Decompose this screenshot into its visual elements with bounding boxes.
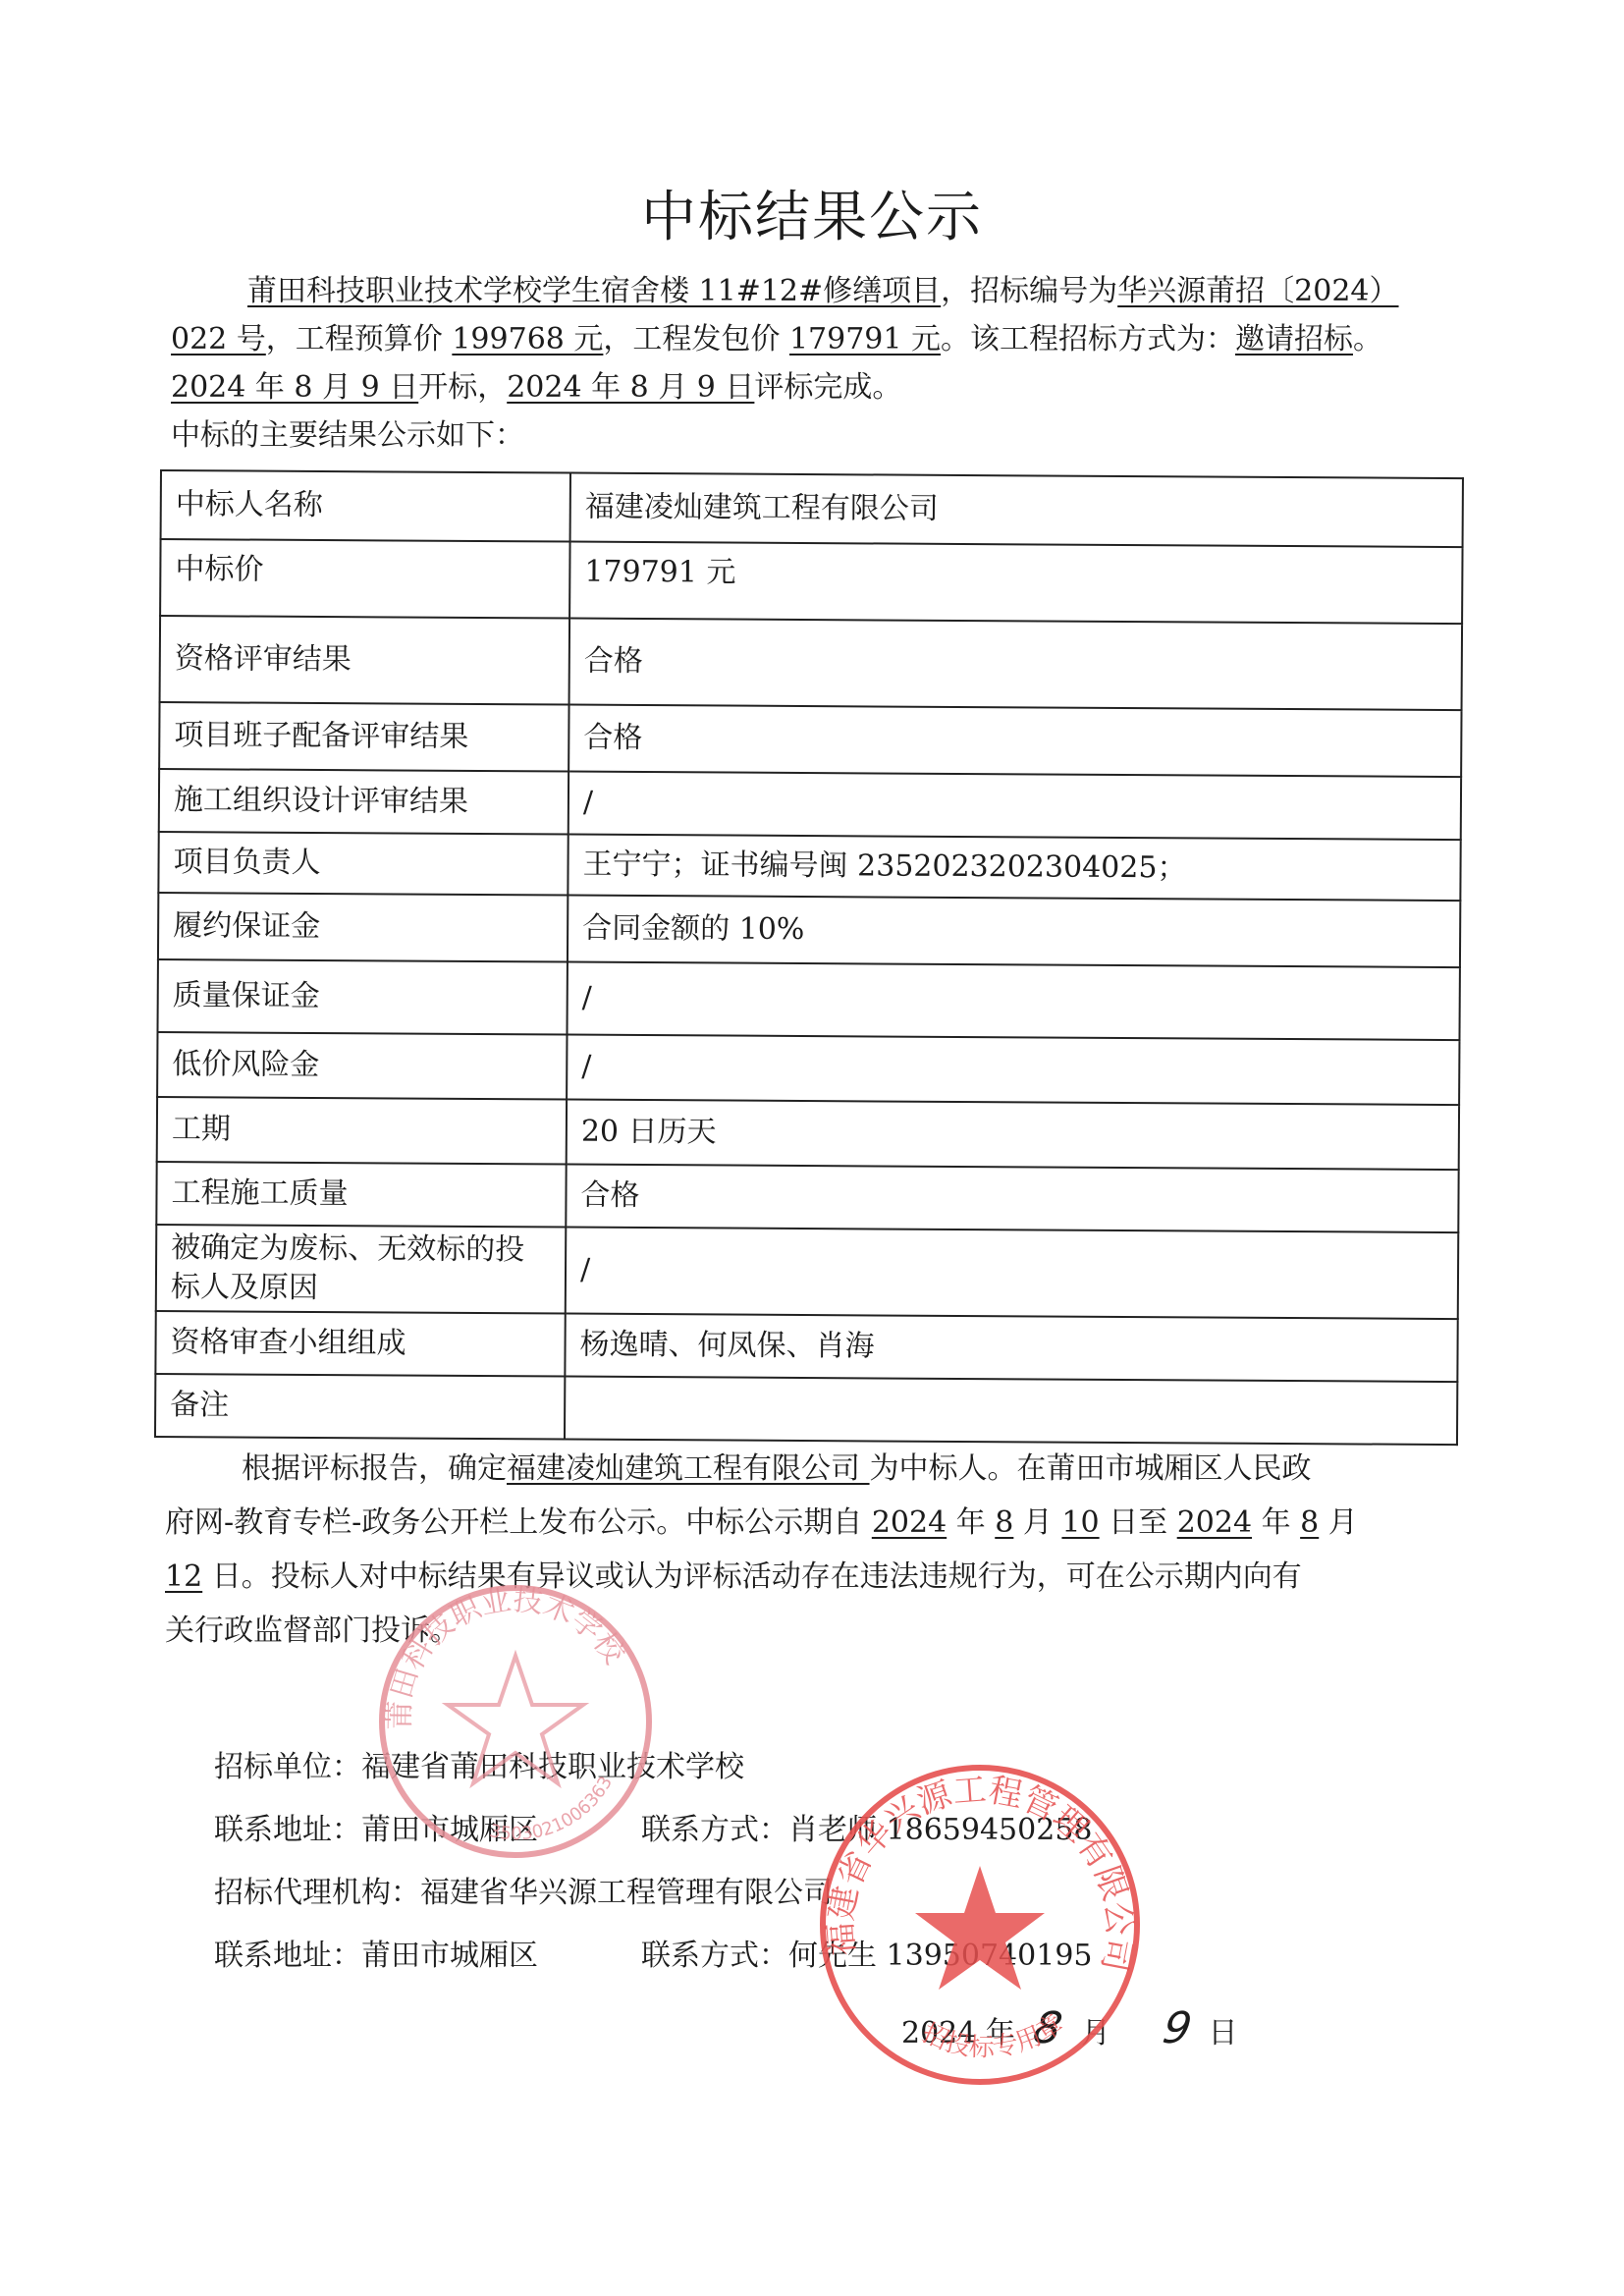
row-label: 工期 <box>157 1097 567 1165</box>
agency-contact-row: 联系地址：莆田市城厢区 联系方式：何先生 13950740195 <box>214 1925 833 1988</box>
row-value: 179791 元 <box>569 542 1462 625</box>
intro-text: 评标完成。 <box>754 370 901 405</box>
table-row: 资格评审结果 合格 <box>160 616 1463 710</box>
closing-text: 府网-教育专栏-政务公开栏上发布公示。中标公示期自 <box>165 1505 872 1540</box>
address-label: 联系地址： <box>214 1813 361 1847</box>
evaluation-date: 2024 年 8 月 9 日 <box>507 370 754 405</box>
closing-paragraph: 根据评标报告，确定福建凌灿建筑工程有限公司 为中标人。在莆田市城厢区人民政 府网… <box>165 1442 1461 1658</box>
document-page: 中标结果公示 莆田科技职业技术学校学生宿舍楼 11#12#修缮项目，招标编号为华… <box>0 0 1624 2296</box>
table-row: 资格审查小组组成 杨逸晴、何凤保、肖海 <box>155 1311 1457 1382</box>
table-row: 被确定为废标、无效标的投标人及原因 / <box>156 1225 1459 1319</box>
date-day-handwritten: 9 <box>1159 2003 1195 2053</box>
publicity-end-month: 8 <box>1300 1505 1319 1540</box>
intro-text: 开标， <box>418 370 507 405</box>
row-label: 资格审查小组组成 <box>155 1311 565 1377</box>
tenderer-address: 莆田市城厢区 <box>361 1813 538 1847</box>
table-row: 项目班子配备评审结果 合格 <box>159 702 1461 777</box>
intro-text: 。该工程招标方式为： <box>941 322 1235 356</box>
agency-contact: 联系方式：何先生 13950740195 <box>641 1925 1093 1988</box>
table-row: 工程施工质量 合格 <box>156 1162 1458 1232</box>
row-label: 质量保证金 <box>157 959 567 1035</box>
closing-text: 年 <box>947 1505 995 1540</box>
row-label: 项目班子配备评审结果 <box>159 702 568 772</box>
agency-address: 莆田市城厢区 <box>361 1939 538 1973</box>
row-value: 合同金额的 10% <box>568 896 1460 968</box>
row-label: 履约保证金 <box>158 893 568 962</box>
publicity-end-year: 2024 <box>1177 1505 1252 1540</box>
project-name: 莆田科技职业技术学校学生宿舍楼 11#12#修缮项目 <box>247 274 941 308</box>
row-value: / <box>566 1228 1459 1320</box>
intro-text: ，工程预算价 <box>266 322 453 356</box>
date-unit: 日 <box>1209 2016 1238 2050</box>
tenderer-contact: 联系方式：肖老师 18659450258 <box>641 1799 1093 1862</box>
page-title: 中标结果公示 <box>0 179 1624 257</box>
closing-text: 月 <box>1013 1505 1061 1540</box>
row-value: 福建凌灿建筑工程有限公司 <box>570 473 1463 548</box>
row-value: / <box>567 962 1459 1041</box>
date-unit: 月 <box>1071 2016 1119 2050</box>
results-heading: 中标的主要结果公示如下： <box>171 411 1447 460</box>
row-value: 合格 <box>568 705 1461 778</box>
tenderer-name: 福建省莆田科技职业技术学校 <box>361 1750 744 1784</box>
contact-block: 招标单位：福建省莆田科技职业技术学校 联系地址：莆田市城厢区 联系方式：肖老师 … <box>214 1736 833 1988</box>
row-label: 工程施工质量 <box>156 1162 566 1228</box>
date-unit: 年 <box>976 2016 1024 2050</box>
signature-date: 2024 年 8 月 9日 <box>901 2003 1238 2053</box>
closing-text: 为中标人。在莆田市城厢区人民政 <box>870 1451 1312 1486</box>
intro-text: 。 <box>1353 322 1382 356</box>
closing-text: 年 <box>1252 1505 1300 1540</box>
agency-label: 招标代理机构： <box>214 1876 420 1910</box>
contact-label: 联系方式： <box>641 1813 788 1847</box>
tenderer-row: 招标单位：福建省莆田科技职业技术学校 <box>214 1736 833 1799</box>
row-value: 20 日历天 <box>567 1100 1459 1171</box>
intro-text: ，招标编号为 <box>941 274 1117 308</box>
publicity-start-month: 8 <box>995 1505 1013 1540</box>
table-row: 项目负责人 王宁宁；证书编号闽 2352023202304025； <box>158 832 1460 901</box>
table-row: 质量保证金 / <box>157 959 1459 1040</box>
tenderer-label: 招标单位： <box>214 1750 361 1784</box>
table-row: 中标人名称 福建凌灿建筑工程有限公司 <box>161 470 1463 547</box>
closing-text: 根据评标报告，确定 <box>242 1451 507 1486</box>
table-row: 施工组织设计评审结果 / <box>159 769 1461 840</box>
row-label: 项目负责人 <box>158 832 568 896</box>
contract-price: 179791 元 <box>789 322 941 356</box>
row-label: 中标价 <box>160 539 569 619</box>
agency-row: 招标代理机构：福建省华兴源工程管理有限公司 <box>214 1862 833 1925</box>
contact-label: 联系方式： <box>641 1939 788 1973</box>
table-row: 备注 <box>155 1374 1457 1445</box>
row-value: 王宁宁；证书编号闽 2352023202304025； <box>568 835 1460 902</box>
row-value: 杨逸晴、何凤保、肖海 <box>565 1314 1457 1383</box>
tenderer-contact-row: 联系地址：莆田市城厢区 联系方式：肖老师 18659450258 <box>214 1799 833 1862</box>
tender-number-suffix: 022 号 <box>171 322 266 356</box>
intro-text: ，工程发包价 <box>603 322 789 356</box>
closing-text: 日。投标人对中标结果有异议或认为评标活动存在违法违规行为，可在公示期内向有 <box>202 1559 1302 1594</box>
row-label: 被确定为废标、无效标的投标人及原因 <box>156 1225 567 1314</box>
agency-name: 福建省华兴源工程管理有限公司 <box>420 1876 833 1910</box>
row-label: 中标人名称 <box>161 470 570 542</box>
row-value: / <box>568 772 1461 841</box>
date-month-handwritten: 8 <box>1030 2003 1066 2053</box>
row-label: 资格评审结果 <box>160 616 570 705</box>
row-value <box>565 1377 1457 1446</box>
closing-text: 关行政监督部门投诉。 <box>165 1604 1461 1658</box>
winner-name: 福建凌灿建筑工程有限公司 <box>507 1451 870 1486</box>
publicity-end-day: 12 <box>165 1559 202 1594</box>
row-label: 施工组织设计评审结果 <box>159 769 568 835</box>
table-row: 低价风险金 / <box>157 1032 1459 1105</box>
tender-number: 华兴源莆招〔2024） <box>1117 274 1398 308</box>
address-label: 联系地址： <box>214 1939 361 1973</box>
opening-date: 2024 年 8 月 9 日 <box>171 370 418 405</box>
tenderer-phone: 肖老师 18659450258 <box>788 1813 1093 1847</box>
closing-text: 月 <box>1319 1505 1358 1540</box>
budget-price: 199768 元 <box>452 322 603 356</box>
publicity-start-day: 10 <box>1061 1505 1099 1540</box>
table-row: 中标价 179791 元 <box>160 539 1462 624</box>
row-value: 合格 <box>569 619 1463 711</box>
tender-method: 邀请招标 <box>1235 322 1353 356</box>
results-table: 中标人名称 福建凌灿建筑工程有限公司 中标价 179791 元 资格评审结果 合… <box>154 469 1464 1446</box>
row-value: 合格 <box>566 1165 1458 1233</box>
table-row: 履约保证金 合同金额的 10% <box>158 893 1460 967</box>
agency-phone: 何先生 13950740195 <box>788 1939 1093 1973</box>
table-row: 工期 20 日历天 <box>157 1097 1459 1170</box>
row-label: 备注 <box>155 1374 565 1440</box>
date-year: 2024 <box>901 2016 976 2050</box>
row-label: 低价风险金 <box>157 1032 567 1100</box>
row-value: / <box>567 1035 1459 1106</box>
closing-text: 日至 <box>1100 1505 1177 1540</box>
intro-paragraph: 莆田科技职业技术学校学生宿舍楼 11#12#修缮项目，招标编号为华兴源莆招〔20… <box>171 267 1447 460</box>
publicity-start-year: 2024 <box>872 1505 947 1540</box>
